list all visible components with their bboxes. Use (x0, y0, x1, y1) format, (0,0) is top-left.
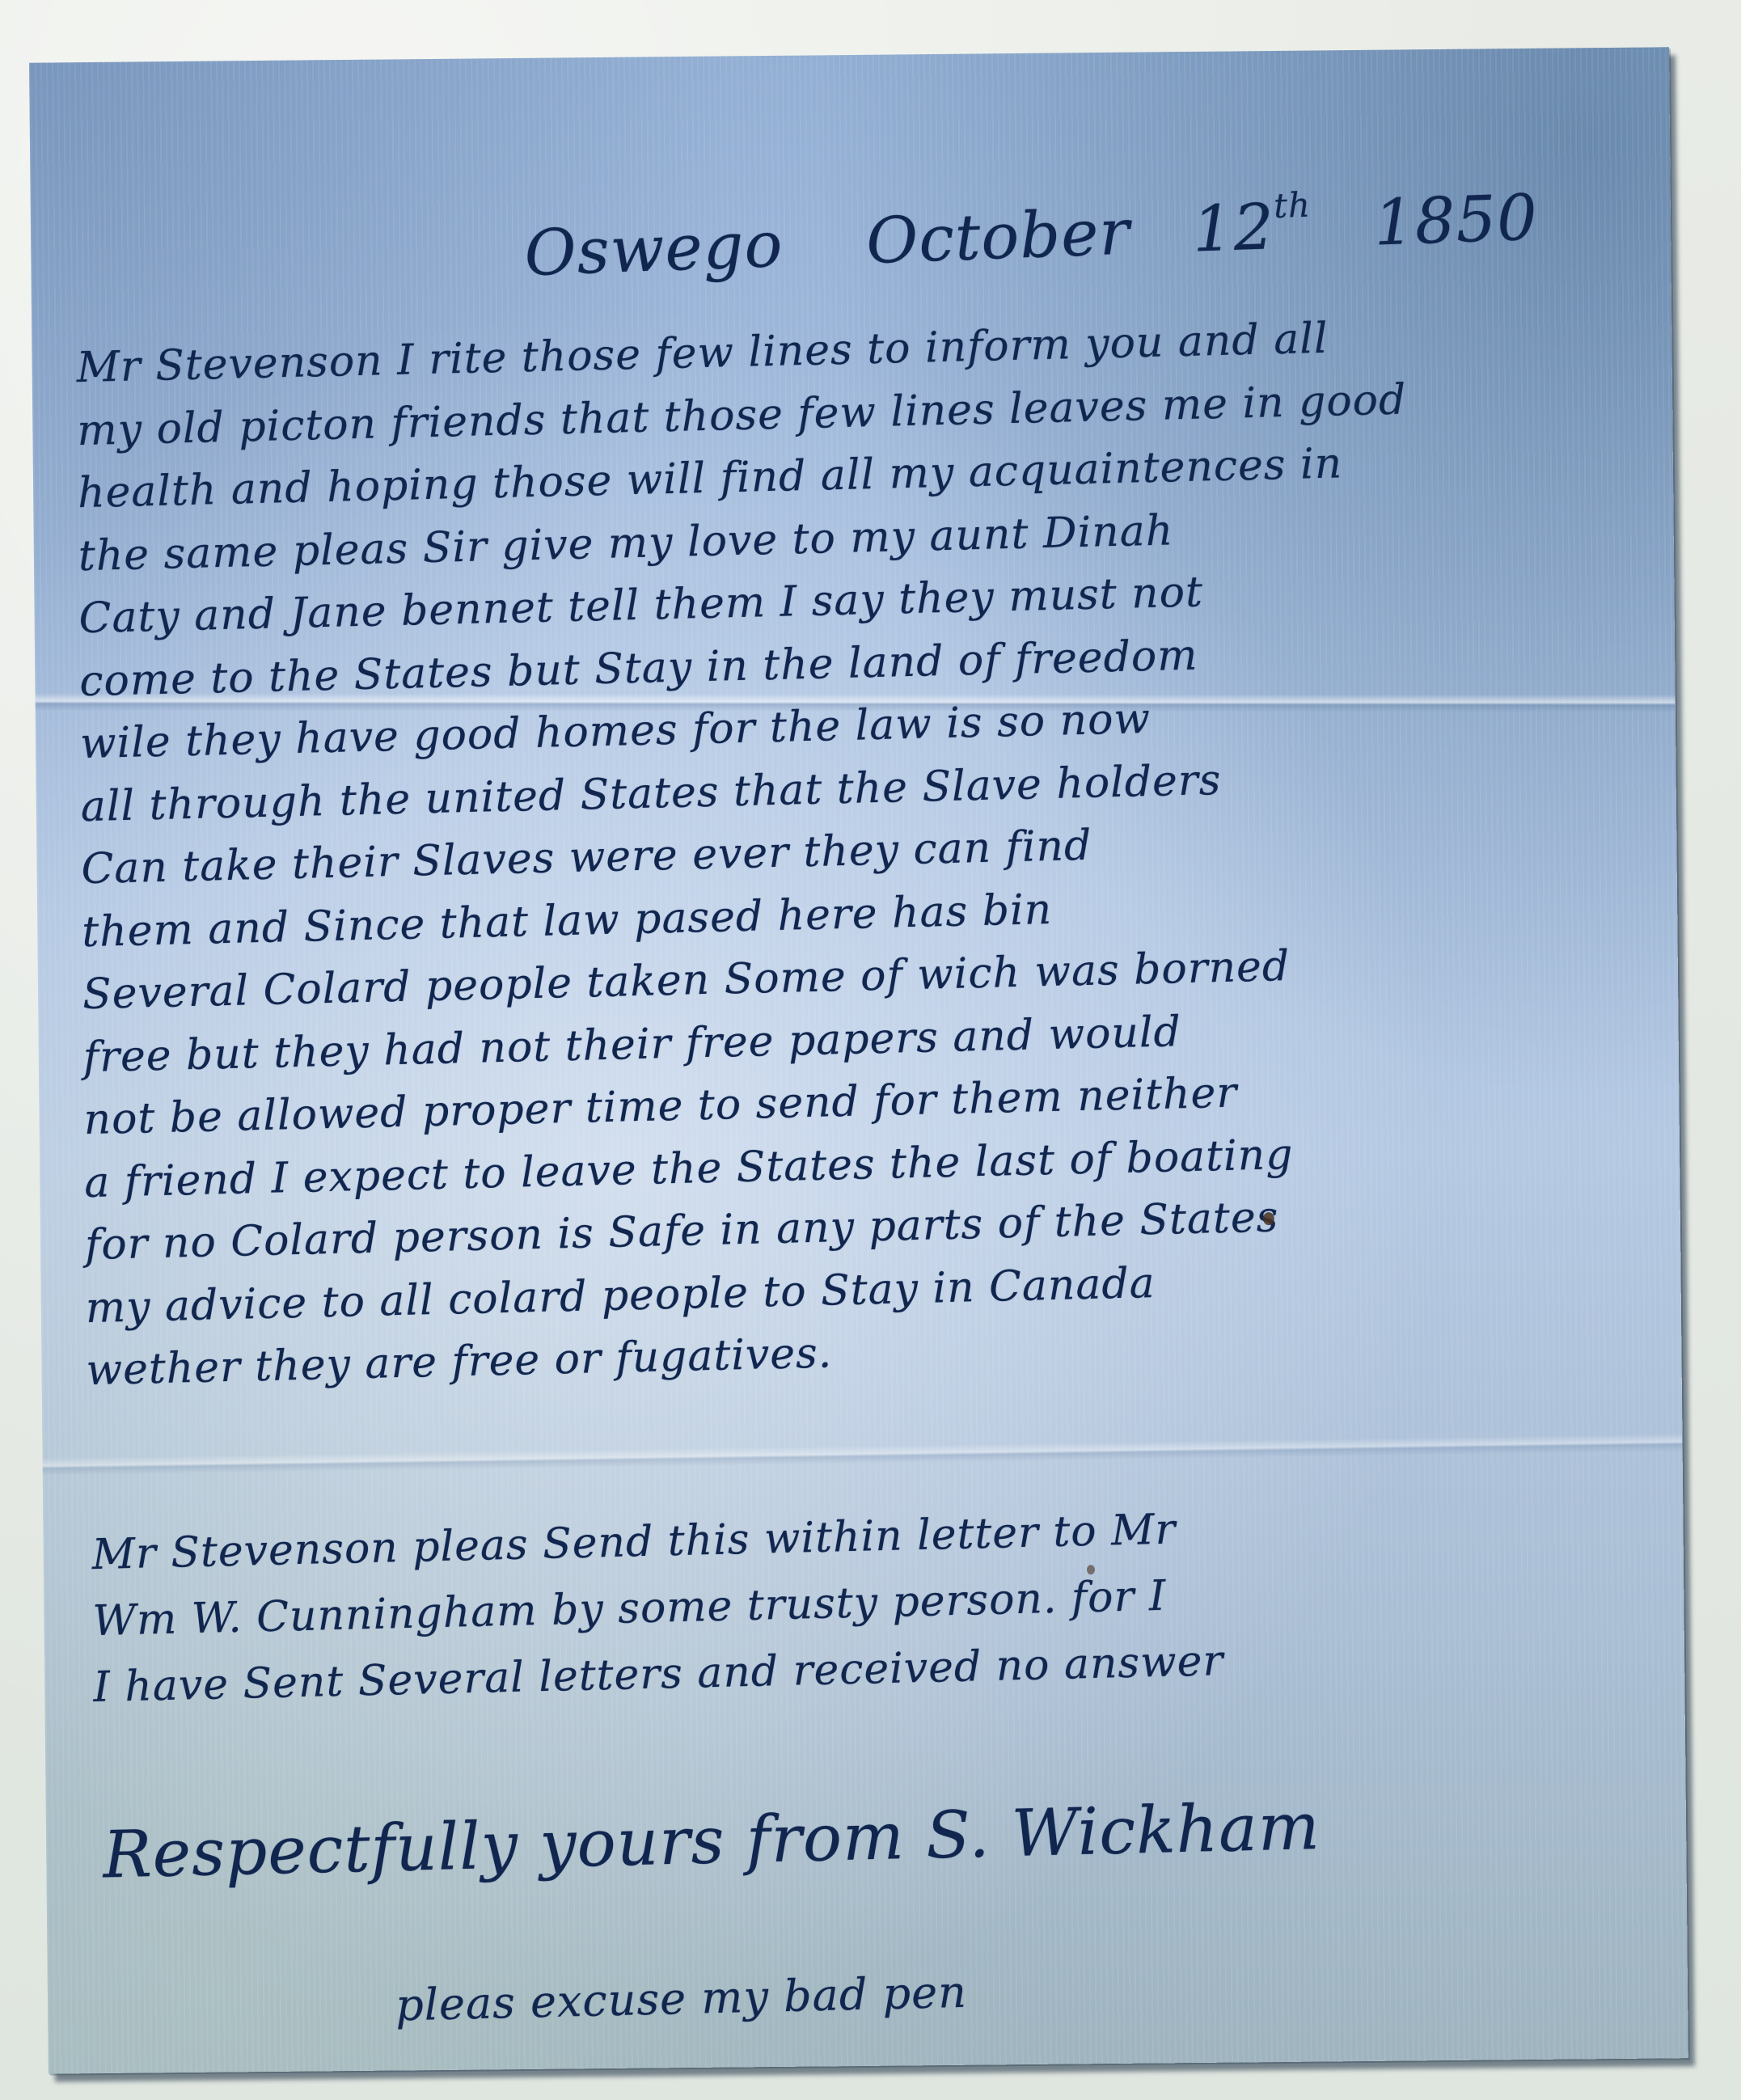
dateline-place: Oswego (523, 209, 784, 290)
ink-stain (1087, 1565, 1095, 1574)
dateline-year: 1850 (1373, 181, 1540, 260)
dateline-day-suffix: th (1273, 184, 1312, 226)
handwritten-letter: Oswego October 12th 1850 Mr Stevenson I … (29, 47, 1688, 2073)
letter-dateline: Oswego October 12th 1850 (523, 176, 1539, 290)
paper-fold-crease (43, 1434, 1683, 1476)
ink-stain (1263, 1212, 1274, 1225)
letter-postscript: Mr Stevenson pleas Send this within lett… (91, 1506, 1678, 1721)
dateline-month: October (865, 196, 1131, 278)
letter-signature: Respectfully yours from S. Wickham (102, 1789, 1321, 1892)
letter-body: Mr Stevenson I rite those few lines to i… (76, 322, 1671, 1402)
letter-footnote: pleas excuse my bad pen (395, 1967, 967, 2031)
dateline-day: 12 (1191, 191, 1275, 267)
